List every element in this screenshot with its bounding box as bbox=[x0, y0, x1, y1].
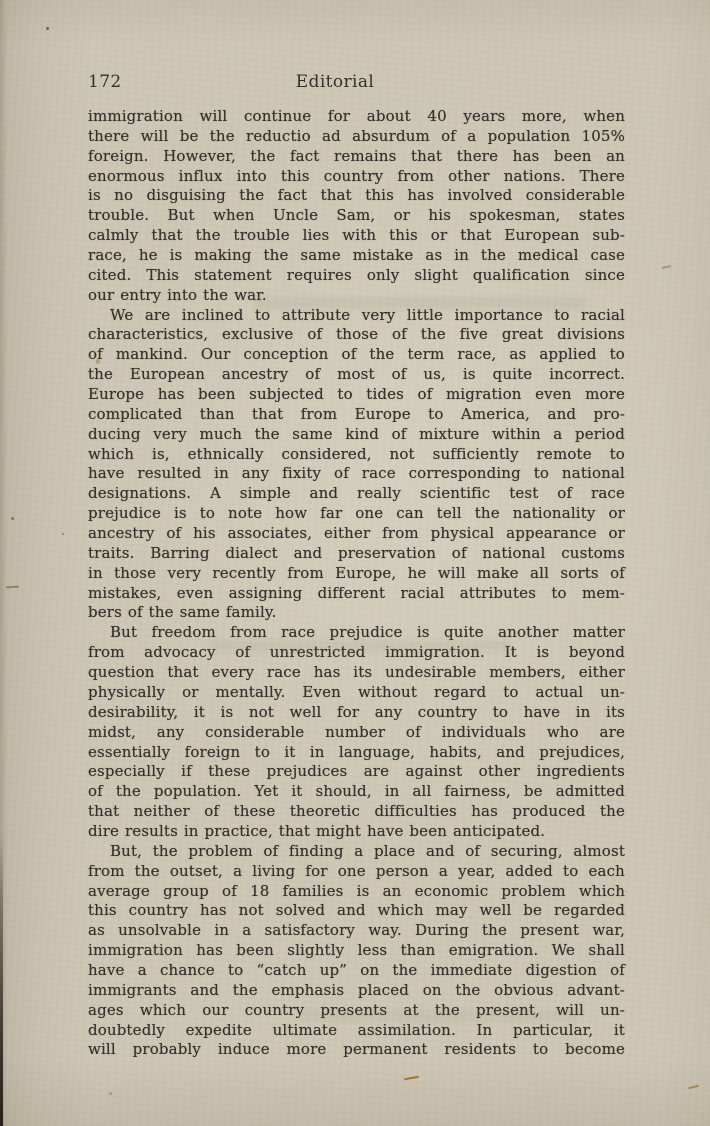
foxing-mark bbox=[404, 1076, 419, 1081]
paragraph: But, the problem of finding a place and … bbox=[88, 842, 625, 1060]
scanned-book-page: 172 Editorial immigration will continue … bbox=[0, 0, 710, 1126]
text-line: immigration has been slightly less than … bbox=[88, 941, 625, 961]
text-line: there will be the reductio ad absurdum o… bbox=[88, 127, 625, 147]
text-line: have resulted in any fixity of race corr… bbox=[88, 464, 625, 484]
text-line: bers of the same family. bbox=[88, 603, 625, 623]
text-line: the European ancestry of most of us, is … bbox=[88, 365, 625, 385]
text-line: dire results in practice, that might hav… bbox=[88, 822, 625, 842]
text-line: race, he is making the same mistake as i… bbox=[88, 246, 625, 266]
text-line: trouble. But when Uncle Sam, or his spok… bbox=[88, 206, 625, 226]
scan-mark bbox=[6, 586, 19, 589]
text-line: foreign. However, the fact remains that … bbox=[88, 147, 625, 167]
text-line: essentially foreign to it in language, h… bbox=[88, 743, 625, 763]
text-line: traits. Barring dialect and preservation… bbox=[88, 544, 625, 564]
text-line: designations. A simple and really scient… bbox=[88, 484, 625, 504]
body-text: immigration will continue for about 40 y… bbox=[88, 107, 625, 1060]
running-head: 172 Editorial bbox=[88, 72, 625, 94]
foxing-mark bbox=[688, 1085, 699, 1090]
running-title: Editorial bbox=[296, 72, 375, 92]
text-line: our entry into the war. bbox=[88, 286, 625, 306]
scan-speck bbox=[62, 533, 64, 535]
paragraph: We are inclined to attribute very little… bbox=[88, 306, 625, 624]
text-line: enormous influx into this country from o… bbox=[88, 167, 625, 187]
scan-speck bbox=[11, 517, 14, 520]
text-line: But, the problem of finding a place and … bbox=[88, 842, 625, 862]
text-line: characteristics, exclusive of those of t… bbox=[88, 325, 625, 345]
paragraph: But freedom from race prejudice is quite… bbox=[88, 623, 625, 841]
text-line: immigrants and the emphasis placed on th… bbox=[88, 981, 625, 1001]
text-line: doubtedly expedite ultimate assimilation… bbox=[88, 1021, 625, 1041]
text-line: immigration will continue for about 40 y… bbox=[88, 107, 625, 127]
page-left-edge-shading bbox=[0, 0, 7, 1126]
scan-mark bbox=[662, 265, 671, 269]
text-line: complicated than that from Europe to Ame… bbox=[88, 405, 625, 425]
text-line: ducing very much the same kind of mixtur… bbox=[88, 425, 625, 445]
text-line: question that every race has its undesir… bbox=[88, 663, 625, 683]
text-line: We are inclined to attribute very little… bbox=[88, 306, 625, 326]
page-left-edge-shadow bbox=[0, 830, 3, 1126]
text-line: midst, any considerable number of indivi… bbox=[88, 723, 625, 743]
text-line: ancestry of his associates, either from … bbox=[88, 524, 625, 544]
text-line: ages which our country presents at the p… bbox=[88, 1001, 625, 1021]
text-line: this country has not solved and which ma… bbox=[88, 901, 625, 921]
text-line: have a chance to “catch up” on the immed… bbox=[88, 961, 625, 981]
page-number: 172 bbox=[88, 72, 122, 92]
scan-speck bbox=[109, 1092, 112, 1095]
text-line: will probably induce more permanent resi… bbox=[88, 1040, 625, 1060]
text-line: mistakes, even assigning different racia… bbox=[88, 584, 625, 604]
text-line: of mankind. Our conception of the term r… bbox=[88, 345, 625, 365]
paragraph: immigration will continue for about 40 y… bbox=[88, 107, 625, 306]
text-line: Europe has been subjected to tides of mi… bbox=[88, 385, 625, 405]
text-line: in those very recently from Europe, he w… bbox=[88, 564, 625, 584]
text-line: from the outset, a living for one person… bbox=[88, 862, 625, 882]
text-line: calmly that the trouble lies with this o… bbox=[88, 226, 625, 246]
text-line: which is, ethnically considered, not suf… bbox=[88, 445, 625, 465]
text-line: from advocacy of unrestricted immigratio… bbox=[88, 643, 625, 663]
text-line: especially if these prejudices are again… bbox=[88, 762, 625, 782]
text-line: as unsolvable in a satisfactory way. Dur… bbox=[88, 921, 625, 941]
text-line: of the population. Yet it should, in all… bbox=[88, 782, 625, 802]
text-line: is no disguising the fact that this has … bbox=[88, 186, 625, 206]
scan-speck bbox=[46, 27, 49, 30]
text-line: physically or mentally. Even without reg… bbox=[88, 683, 625, 703]
text-line: prejudice is to note how far one can tel… bbox=[88, 504, 625, 524]
text-line: cited. This statement requires only slig… bbox=[88, 266, 625, 286]
text-line: desirability, it is not well for any cou… bbox=[88, 703, 625, 723]
text-line: But freedom from race prejudice is quite… bbox=[88, 623, 625, 643]
text-line: average group of 18 families is an econo… bbox=[88, 882, 625, 902]
text-line: that neither of these theoretic difficul… bbox=[88, 802, 625, 822]
